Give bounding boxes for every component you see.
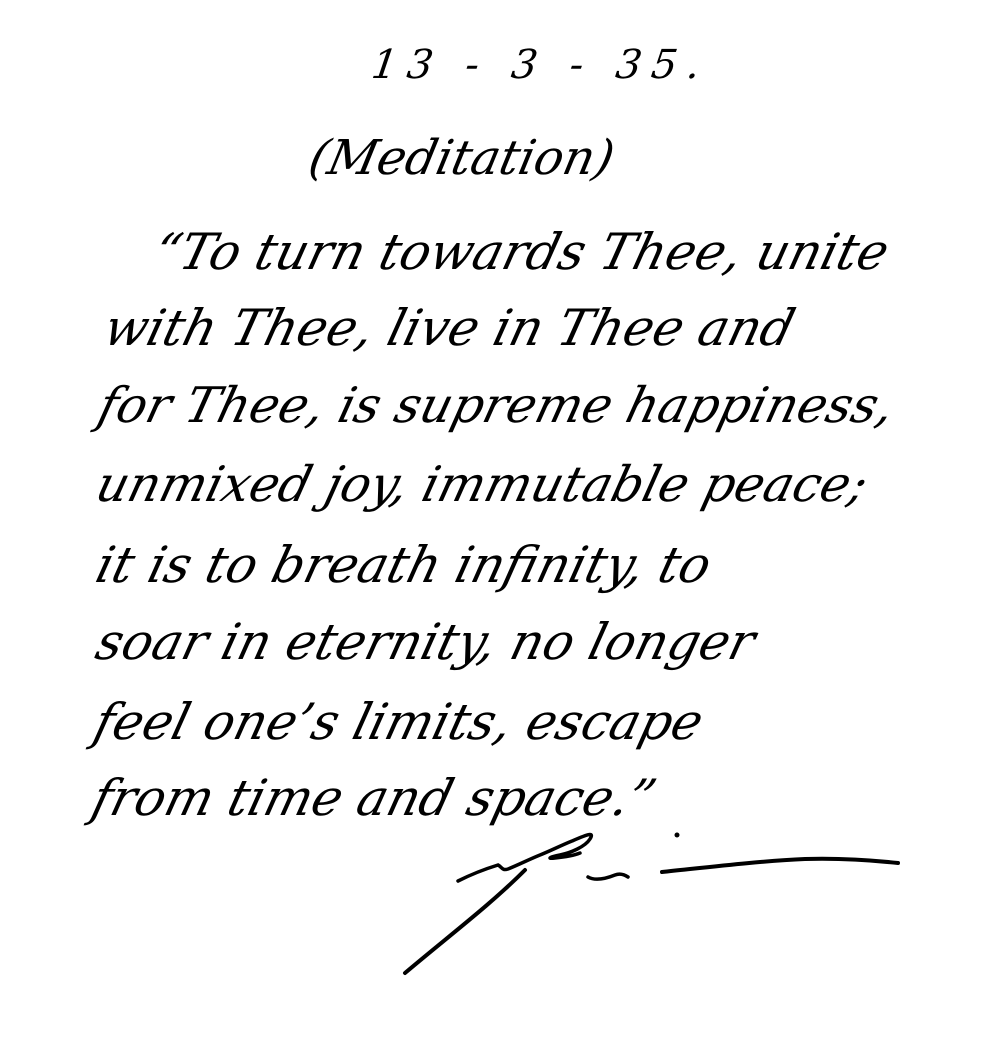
meditation-title: (Meditation) (304, 130, 619, 186)
quote-line-7: feel one’s limits, escape (88, 692, 709, 752)
quote-line-6: soar in eternity, no longer (90, 612, 761, 672)
quote-line-2: with Thee, live in Thee and (98, 298, 801, 358)
quote-line-1: “To turn towards Thee, unite (148, 222, 895, 282)
handwritten-page: 13 - 3 - 35. (Meditation) “To turn towar… (0, 0, 990, 1040)
quote-line-3: for Thee, is supreme happiness, (92, 376, 901, 436)
quote-line-5: it is to breath infinity, to (90, 535, 717, 595)
quote-line-8: from time and space.” (86, 768, 662, 828)
quote-line-4: unmixed joy, immutable peace; (90, 455, 874, 515)
date-heading: 13 - 3 - 35. (369, 42, 713, 88)
signature-icon (390, 825, 910, 985)
